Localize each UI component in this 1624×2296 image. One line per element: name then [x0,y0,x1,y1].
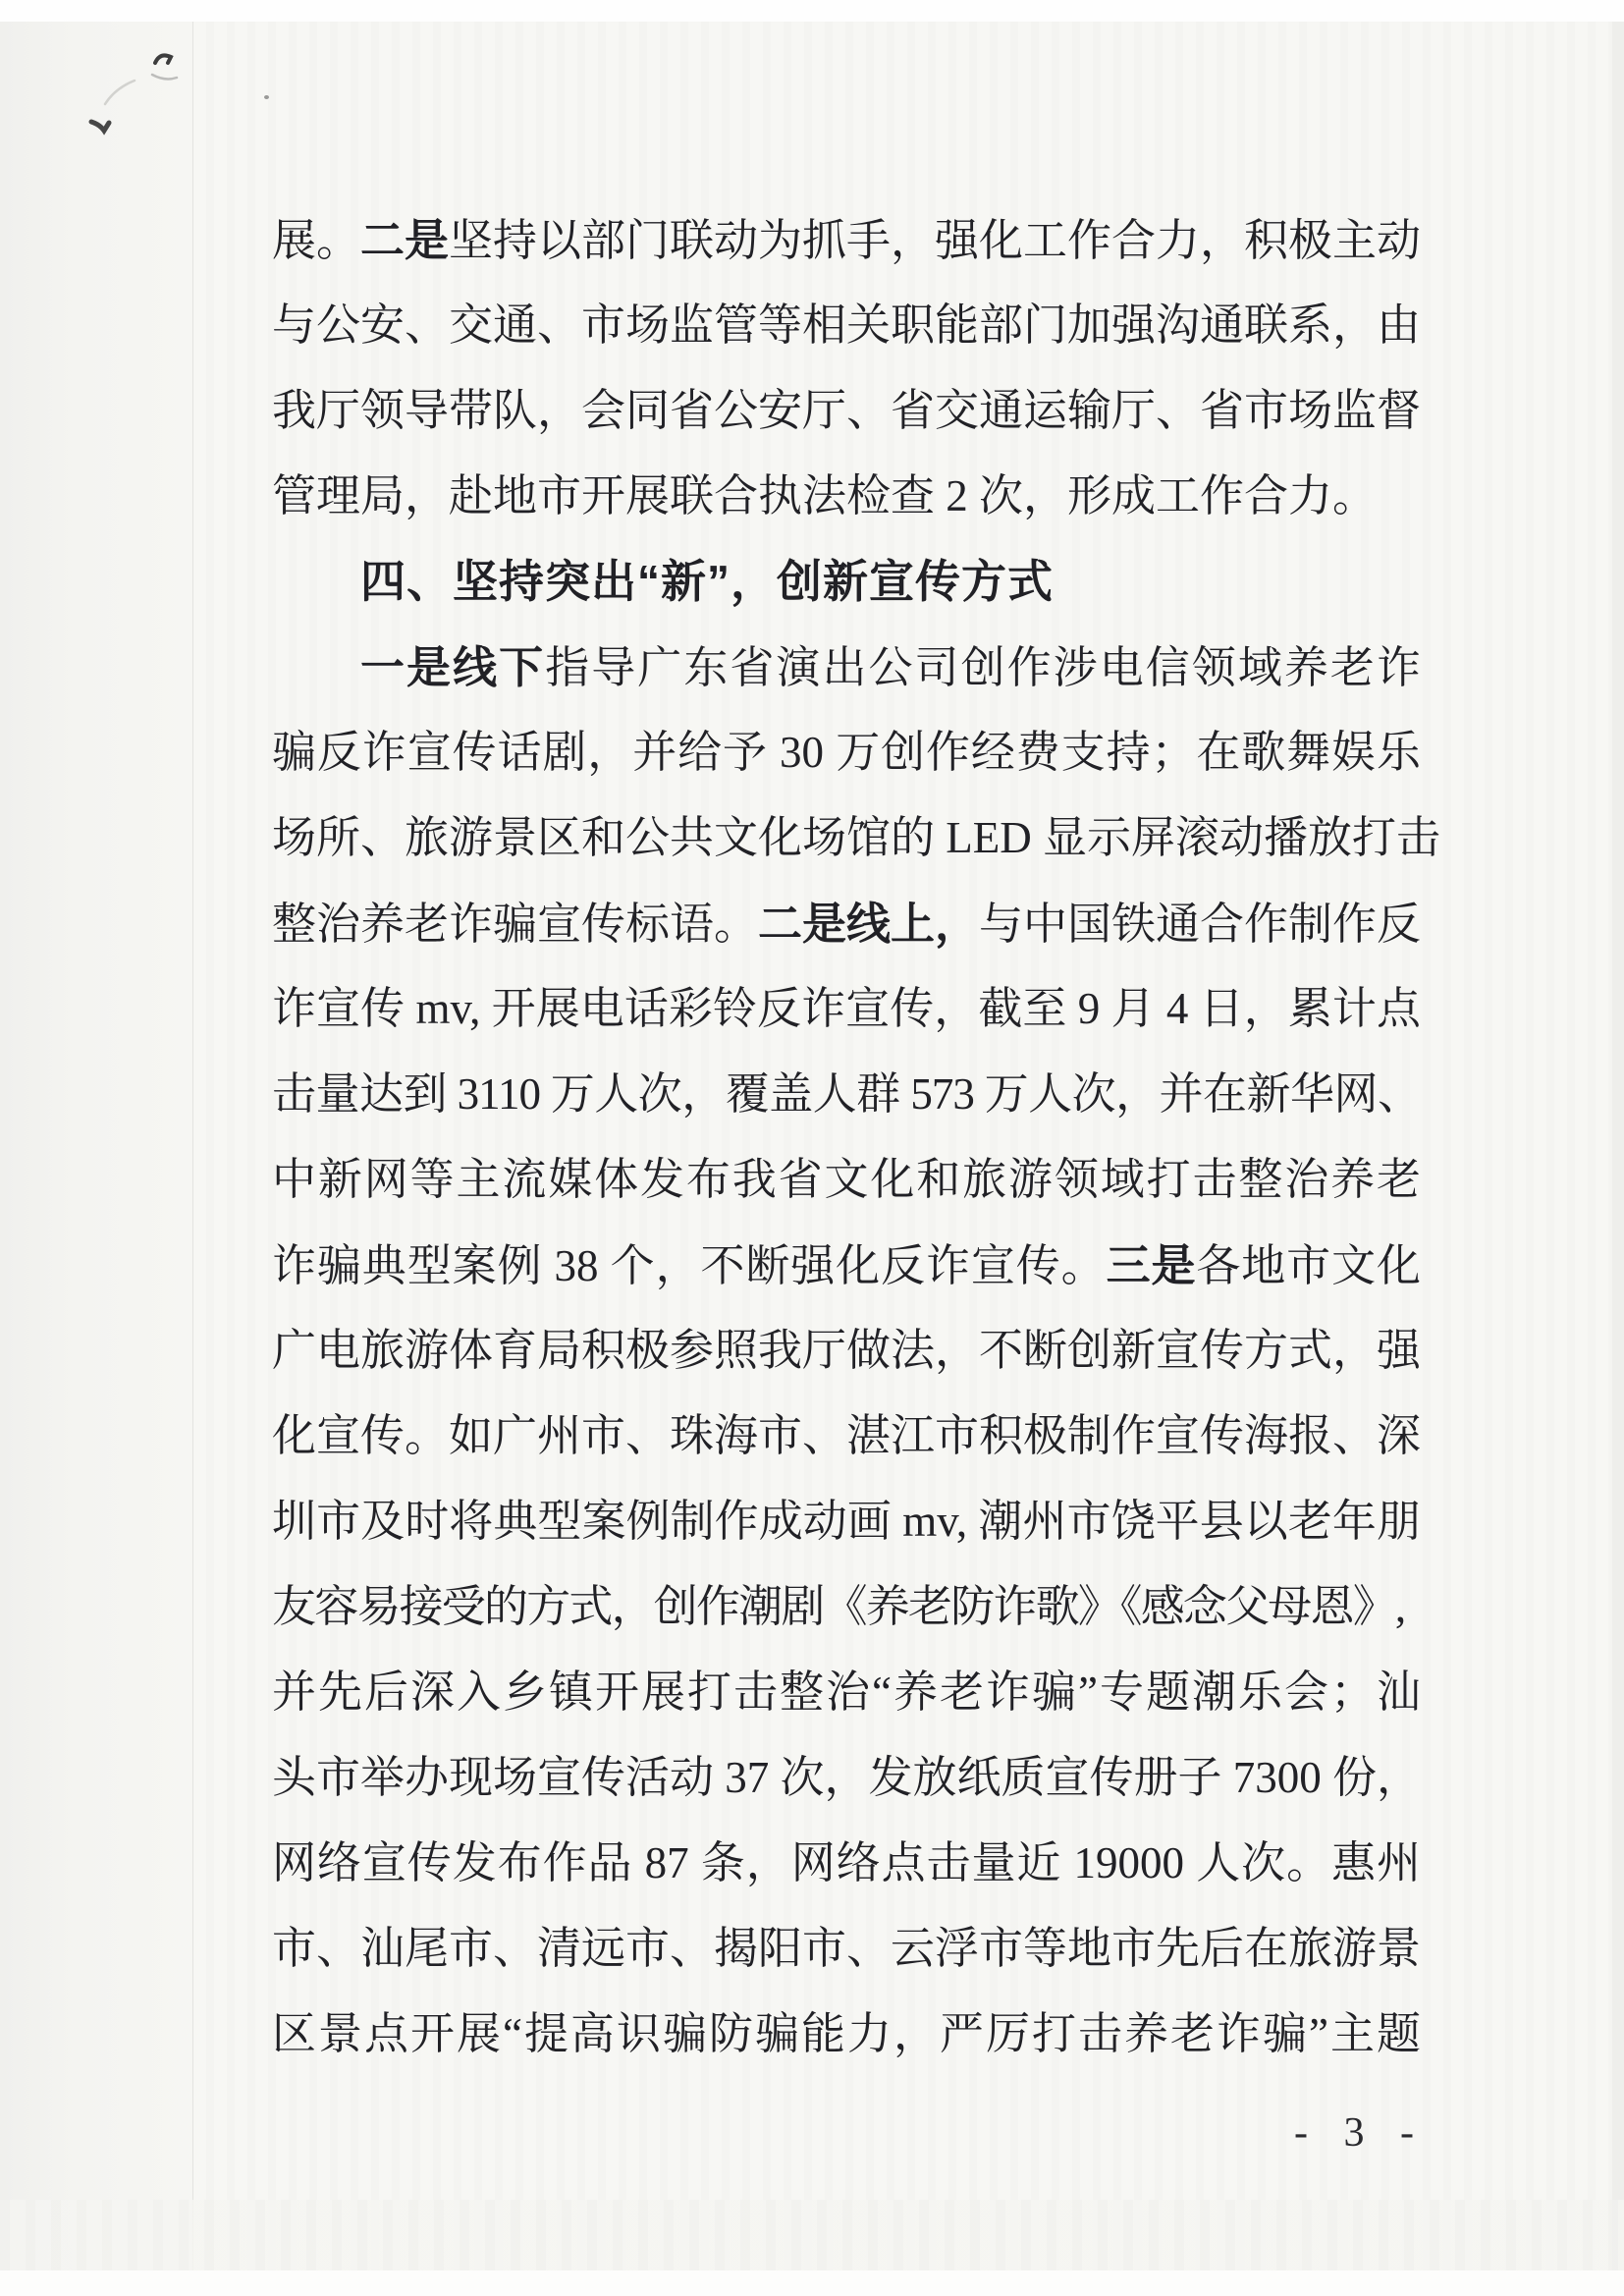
text-run: 广电旅游体育局积极参照我厅做法，不断创新宣传方式，强 [272,1326,1421,1375]
scan-speck [264,95,269,99]
text-line: 骗反诈宣传话剧，并给予 30 万创作经费支持；在歌舞娱乐 [272,710,1421,795]
text-line: 展。二是坚持以部门联动为抓手，强化工作合力，积极主动 [272,197,1421,283]
heading-line: 四、坚持突出“新”，创新宣传方式 [272,539,1421,625]
text-line: 击量达到 3110 万人次，覆盖人群 573 万人次，并在新华网、 [272,1052,1421,1137]
text-line: 整治养老诈骗宣传标语。二是线上，与中国铁通合作制作反 [272,881,1421,966]
text-run: 坚持以部门联动为抓手，强化工作合力，积极主动 [449,216,1421,265]
text-run: 场所、旅游景区和公共文化场馆的 LED 显示屏滚动播放打击 [272,813,1440,862]
text-run: 市、汕尾市、清远市、揭阳市、云浮市等地市先后在旅游景 [272,1924,1421,1973]
text-run: 整治养老诈骗宣传标语。 [272,900,758,949]
text-line: 化宣传。如广州市、珠海市、湛江市积极制作宣传海报、深 [272,1394,1421,1479]
text-run: 我厅领导带队，会同省公安厅、省交通运输厅、省市场监督 [272,386,1421,435]
text-line: 头市举办现场宣传活动 37 次，发放纸质宣传册子 7300 份， [272,1735,1421,1821]
scan-band-bottom [0,2200,1624,2270]
text-run: 展。 [272,216,360,265]
text-run: 管理局，赴地市开展联合执法检查 2 次，形成工作合力。 [272,471,1377,520]
scan-left-margin-crease [0,22,193,2296]
scan-edge-right [1612,22,1624,2296]
text-run: 友容易接受的方式，创作潮剧《养老防诈歌》《感念父母恩》, [272,1582,1404,1631]
text-line: 圳市及时将典型案例制作成动画 mv, 潮州市饶平县以老年朋 [272,1479,1421,1564]
text-line: 广电旅游体育局积极参照我厅做法，不断创新宣传方式，强 [272,1308,1421,1394]
text-run: 并先后深入乡镇开展打击整治“养老诈骗”专题潮乐会；汕 [272,1667,1421,1717]
text-line: 诈骗典型案例 38 个，不断强化反诈宣传。三是各地市文化 [272,1223,1421,1308]
text-line: 场所、旅游景区和公共文化场馆的 LED 显示屏滚动播放打击 [272,795,1421,881]
bold-run: 一是线下 [360,642,545,692]
text-run: 网络宣传发布作品 87 条，网络点击量近 19000 人次。惠州 [272,1838,1421,1887]
text-run: 圳市及时将典型案例制作成动画 mv, 潮州市饶平县以老年朋 [272,1497,1421,1546]
text-line: 管理局，赴地市开展联合执法检查 2 次，形成工作合力。 [272,454,1421,539]
text-line: 市、汕尾市、清远市、揭阳市、云浮市等地市先后在旅游景 [272,1906,1421,1992]
text-run: 头市举办现场宣传活动 37 次，发放纸质宣传册子 7300 份， [272,1753,1421,1802]
text-run: 指导广东省演出公司创作涉电信领域养老诈 [545,643,1421,692]
text-run: 各地市文化 [1196,1241,1421,1290]
text-run: 击量达到 3110 万人次，覆盖人群 573 万人次，并在新华网、 [272,1069,1421,1119]
text-block: 展。二是坚持以部门联动为抓手，强化工作合力，积极主动与公安、交通、市场监管等相关… [272,197,1421,2077]
bold-run: 四、坚持突出“新”，创新宣传方式 [360,556,1054,607]
text-line: 我厅领导带队，会同省公安厅、省交通运输厅、省市场监督 [272,368,1421,454]
bold-run: 二是线上， [758,899,979,949]
text-line: 友容易接受的方式，创作潮剧《养老防诈歌》《感念父母恩》, [272,1564,1421,1650]
pencil-mark [54,39,309,167]
text-run: 与中国铁通合作制作反 [979,900,1421,949]
text-run: 化宣传。如广州市、珠海市、湛江市积极制作宣传海报、深 [272,1411,1421,1460]
scanned-document-page: 展。二是坚持以部门联动为抓手，强化工作合力，积极主动与公安、交通、市场监管等相关… [0,0,1624,2296]
text-line: 网络宣传发布作品 87 条，网络点击量近 19000 人次。惠州 [272,1821,1421,1906]
scan-edge-top [0,0,1624,22]
text-run: 诈宣传 mv, 开展电话彩铃反诈宣传，截至 9 月 4 日，累计点 [272,984,1421,1033]
text-line: 并先后深入乡镇开展打击整治“养老诈骗”专题潮乐会；汕 [272,1650,1421,1735]
text-run: 骗反诈宣传话剧，并给予 30 万创作经费支持；在歌舞娱乐 [272,728,1421,777]
page-number: - 3 - [1294,2109,1420,2157]
text-run: 中新网等主流媒体发布我省文化和旅游领域打击整治养老 [272,1155,1421,1204]
text-line: 区景点开展“提高识骗防骗能力，严厉打击养老诈骗”主题 [272,1992,1421,2077]
bold-run: 二是 [360,215,449,265]
scan-edge-bottom [0,2270,1624,2296]
bold-run: 三是 [1107,1240,1197,1290]
text-line: 诈宣传 mv, 开展电话彩铃反诈宣传，截至 9 月 4 日，累计点 [272,966,1421,1052]
text-run: 区景点开展“提高识骗防骗能力，严厉打击养老诈骗”主题 [272,2009,1421,2058]
text-line: 一是线下指导广东省演出公司创作涉电信领域养老诈 [272,625,1421,710]
text-run: 与公安、交通、市场监管等相关职能部门加强沟通联系，由 [272,301,1421,350]
text-line: 与公安、交通、市场监管等相关职能部门加强沟通联系，由 [272,283,1421,368]
text-line: 中新网等主流媒体发布我省文化和旅游领域打击整治养老 [272,1137,1421,1223]
text-run: 诈骗典型案例 38 个，不断强化反诈宣传。 [272,1241,1107,1290]
